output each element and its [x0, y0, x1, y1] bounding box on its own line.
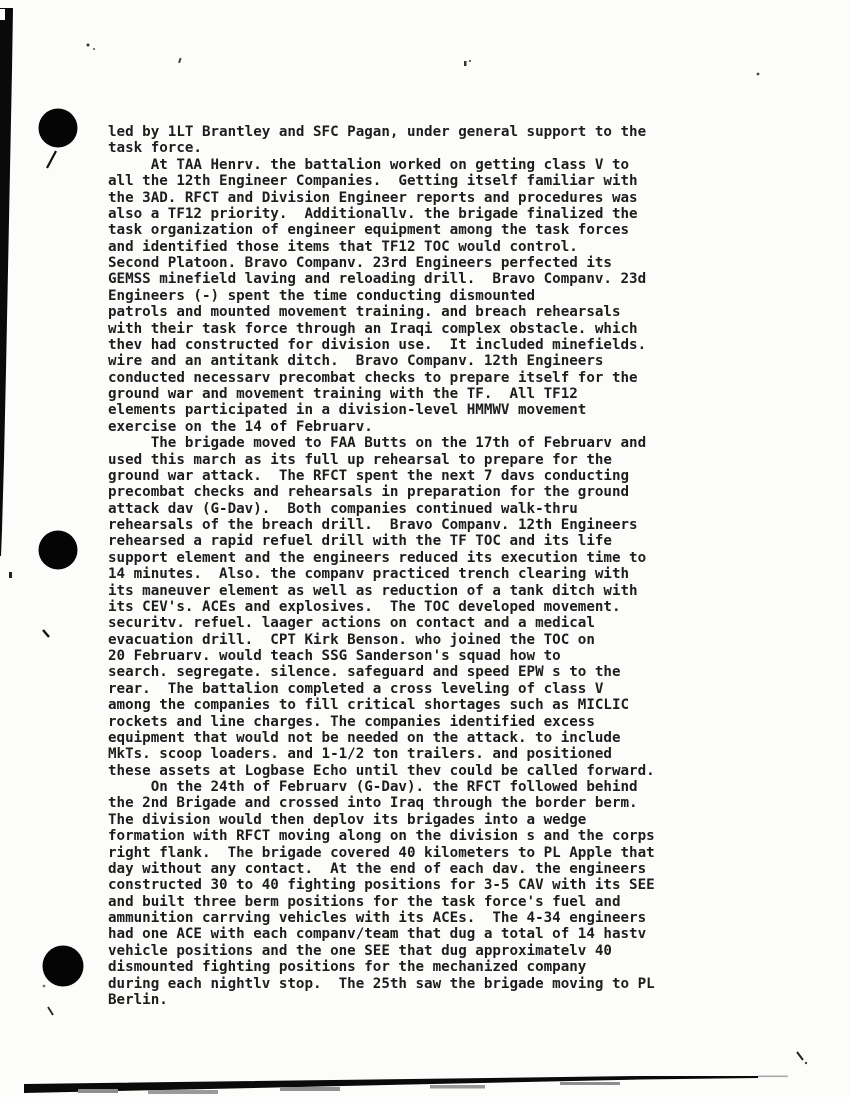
- bottom-streak-faint-tail: [758, 1076, 788, 1078]
- speck-below-bottom-punch: [43, 985, 46, 988]
- hole-punch-middle: [39, 531, 78, 570]
- left-streak-speck: [9, 572, 12, 578]
- hole-punch-top: [39, 109, 78, 148]
- backslash-mark-bottom-right: [797, 1052, 803, 1060]
- bottom-scan-streak: [24, 1076, 758, 1093]
- dot-mark-bottom-right: [805, 1062, 807, 1064]
- left-edge-scan-streak: [0, 8, 13, 556]
- bottom-streak-gray-patch-3: [280, 1087, 340, 1091]
- dust-speck-2: [93, 48, 95, 50]
- dust-speck-3: [178, 58, 182, 63]
- dust-speck-6: [757, 73, 760, 76]
- backslash-mark-bottom-left: [48, 1007, 53, 1015]
- scanned-document-page: led by 1LT Brantley and SFC Pagan, under…: [0, 0, 850, 1097]
- document-text: led by 1LT Brantley and SFC Pagan, under…: [108, 124, 655, 1008]
- bottom-streak-gray-patch-1: [78, 1089, 118, 1093]
- dust-speck-1: [87, 44, 90, 47]
- bottom-streak-gray-patch-2: [148, 1090, 218, 1094]
- slash-mark-top-left: [47, 151, 56, 168]
- hole-punch-bottom: [43, 946, 84, 987]
- left-streak-notch: [0, 9, 5, 20]
- dust-speck-5: [469, 60, 471, 62]
- backslash-mark-middle-left: [43, 630, 49, 637]
- bottom-streak-gray-patch-4: [430, 1085, 485, 1089]
- bottom-streak-gray-patch-5: [560, 1082, 620, 1085]
- dust-speck-4: [464, 61, 467, 66]
